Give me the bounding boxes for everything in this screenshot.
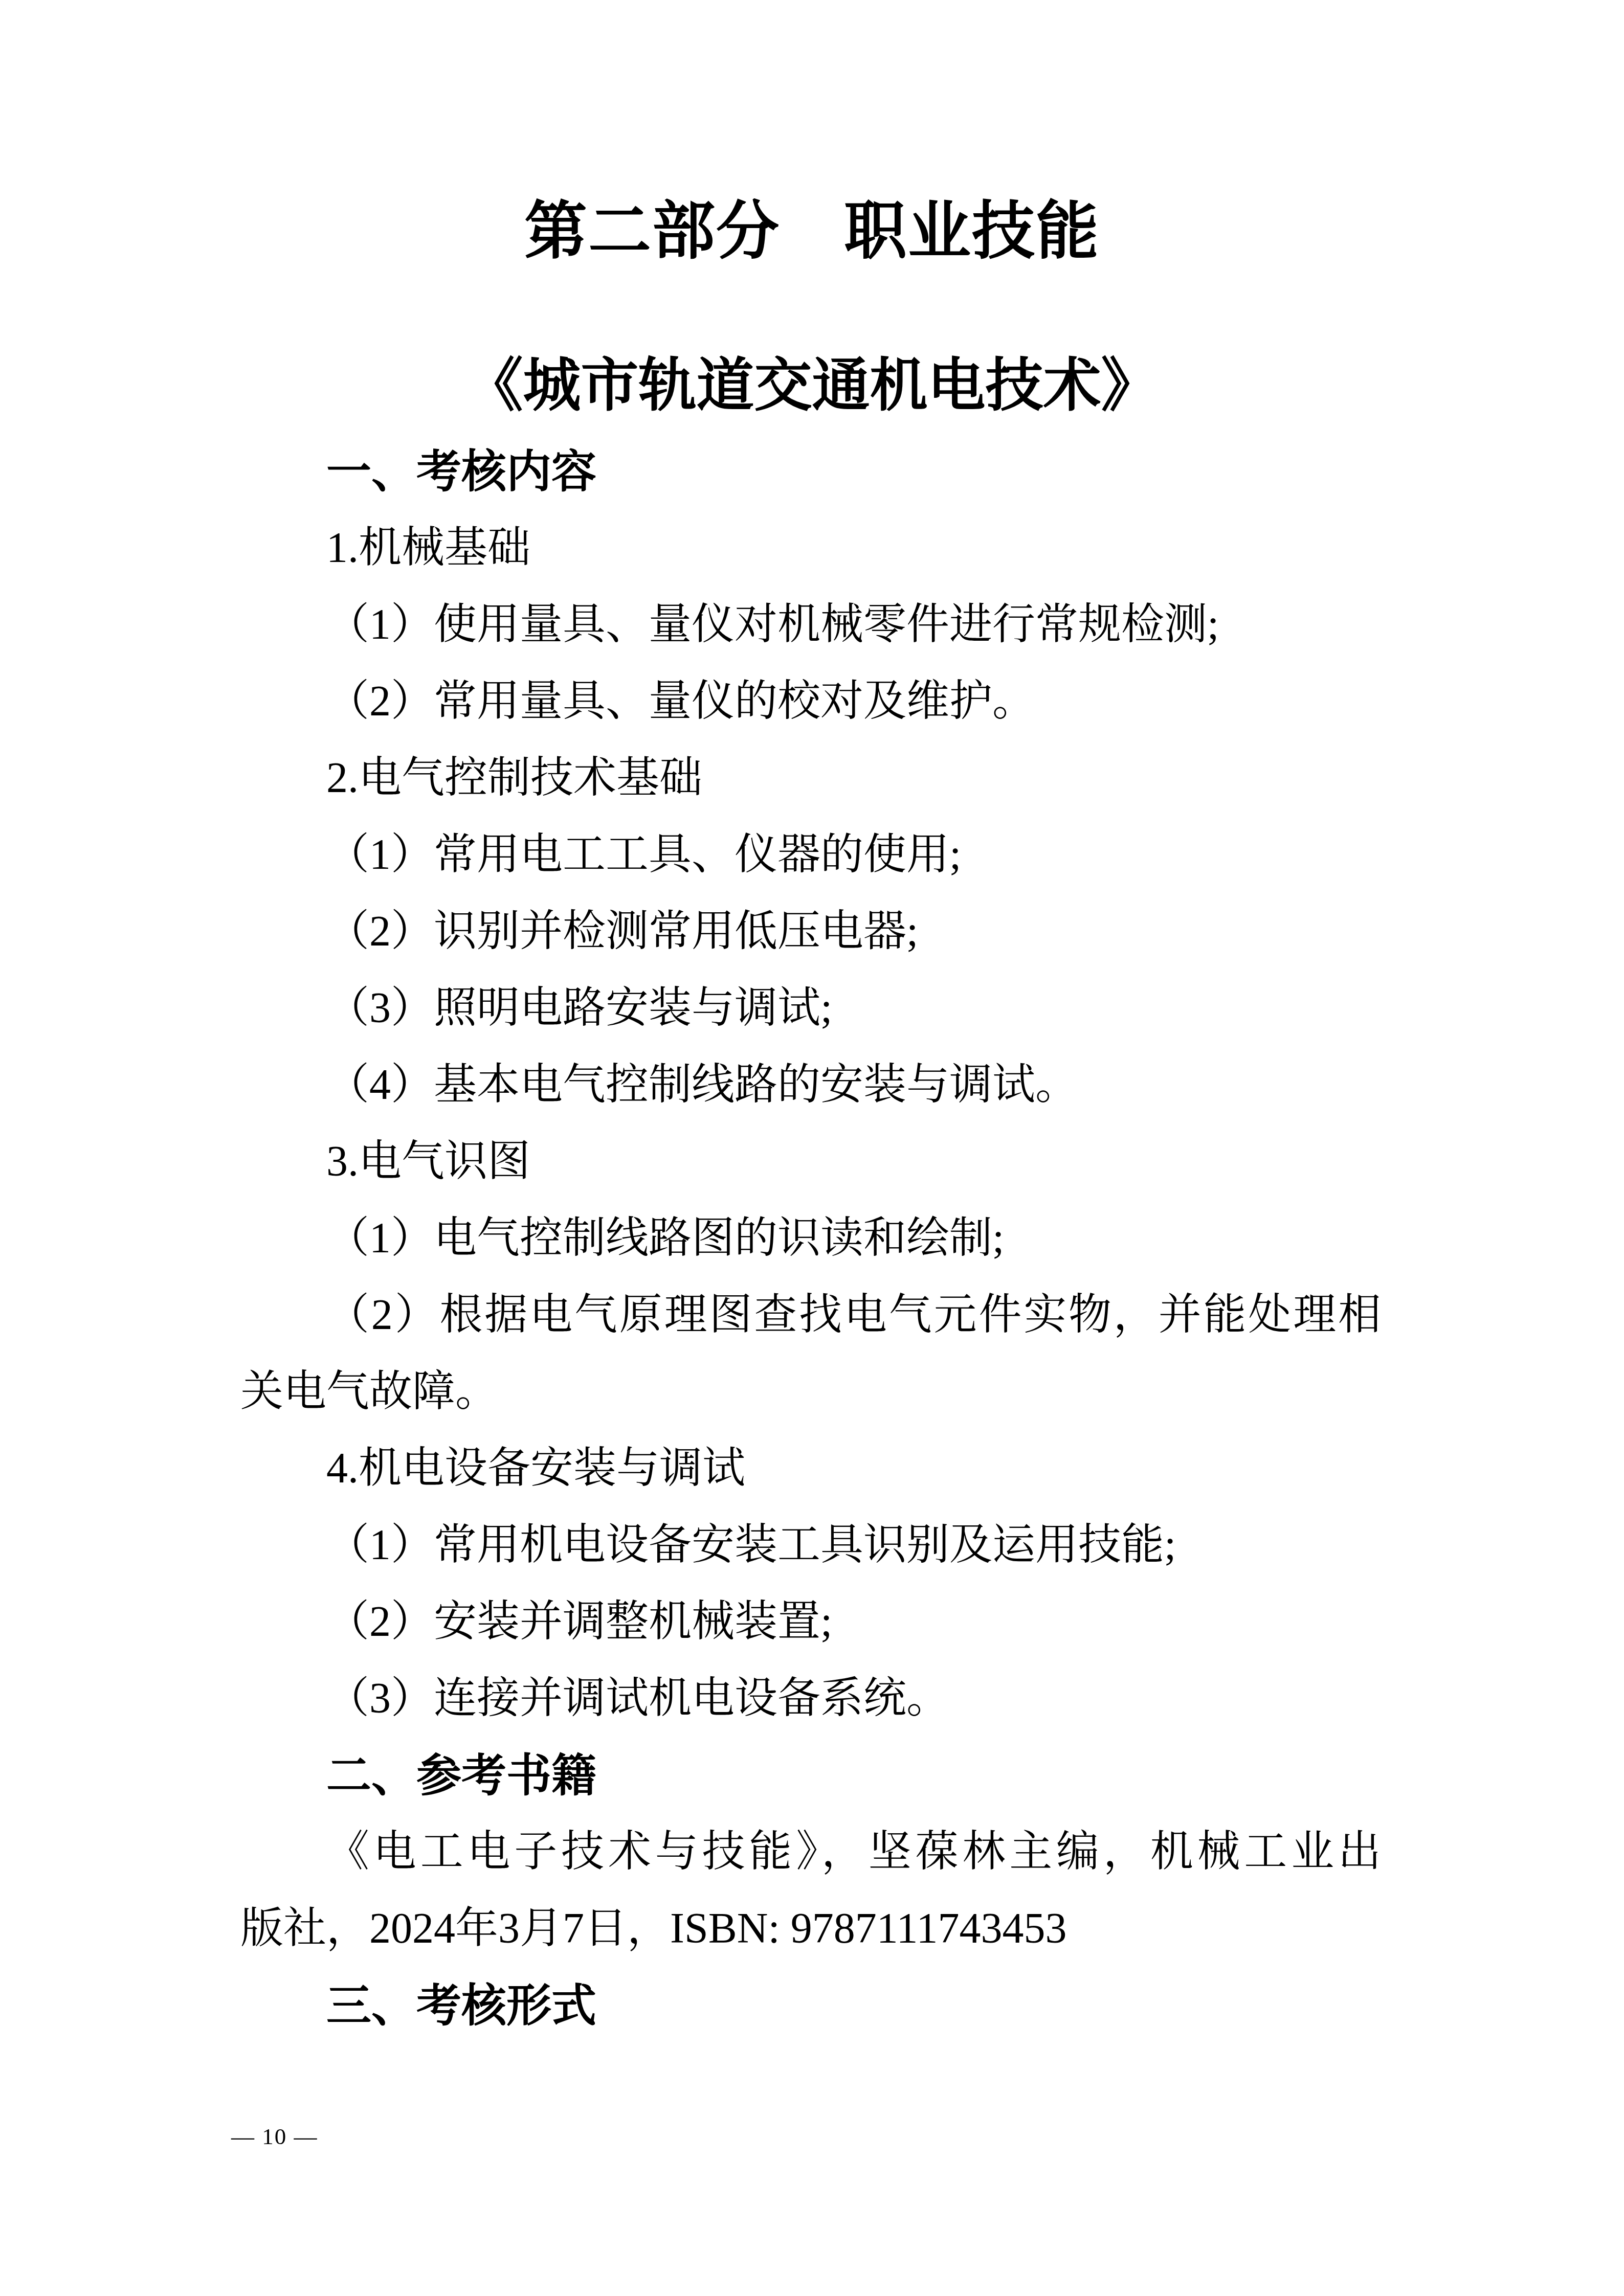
- text-line: （1）常用电工工具、仪器的使用;: [240, 817, 1381, 893]
- text-line: 关电气故障。: [240, 1354, 1381, 1430]
- part-title: 第二部分 职业技能: [0, 196, 1624, 267]
- text-line: （4）基本电气控制线路的安装与调试。: [240, 1047, 1381, 1123]
- section-heading: 二、参考书籍: [240, 1737, 1381, 1814]
- section-heading: 三、考核形式: [240, 1967, 1381, 2044]
- text-line: （3）连接并调试机电设备系统。: [240, 1660, 1381, 1737]
- page-number: — 10 —: [231, 2122, 318, 2151]
- text-line: 1.机械基础: [240, 510, 1381, 587]
- text-line: （1）使用量具、量仪对机械零件进行常规检测;: [240, 587, 1381, 663]
- text-line: （1）常用机电设备安装工具识别及运用技能;: [240, 1507, 1381, 1584]
- text-line: （2）根据电气原理图查找电气元件实物，并能处理相: [240, 1277, 1381, 1354]
- text-line: 2.电气控制技术基础: [240, 740, 1381, 817]
- subject-title: 《城市轨道交通机电技术》: [0, 350, 1624, 420]
- content-block: 一、考核内容1.机械基础（1）使用量具、量仪对机械零件进行常规检测;（2）常用量…: [240, 433, 1381, 2044]
- text-line: （2）安装并调整机械装置;: [240, 1584, 1381, 1660]
- text-line: 3.电气识图: [240, 1123, 1381, 1200]
- text-line: 《电工电子技术与技能》，坚葆林主编，机械工业出: [240, 1814, 1381, 1890]
- text-line: （2）识别并检测常用低压电器;: [240, 893, 1381, 970]
- text-line: 版社，2024年3月7日，ISBN: 9787111743453: [240, 1890, 1381, 1967]
- document-page: 第二部分 职业技能 《城市轨道交通机电技术》 一、考核内容1.机械基础（1）使用…: [0, 0, 1624, 2296]
- text-line: 4.机电设备安装与调试: [240, 1430, 1381, 1507]
- text-line: （1）电气控制线路图的识读和绘制;: [240, 1200, 1381, 1277]
- section-heading: 一、考核内容: [240, 433, 1381, 510]
- text-line: （2）常用量具、量仪的校对及维护。: [240, 663, 1381, 740]
- text-line: （3）照明电路安装与调试;: [240, 970, 1381, 1047]
